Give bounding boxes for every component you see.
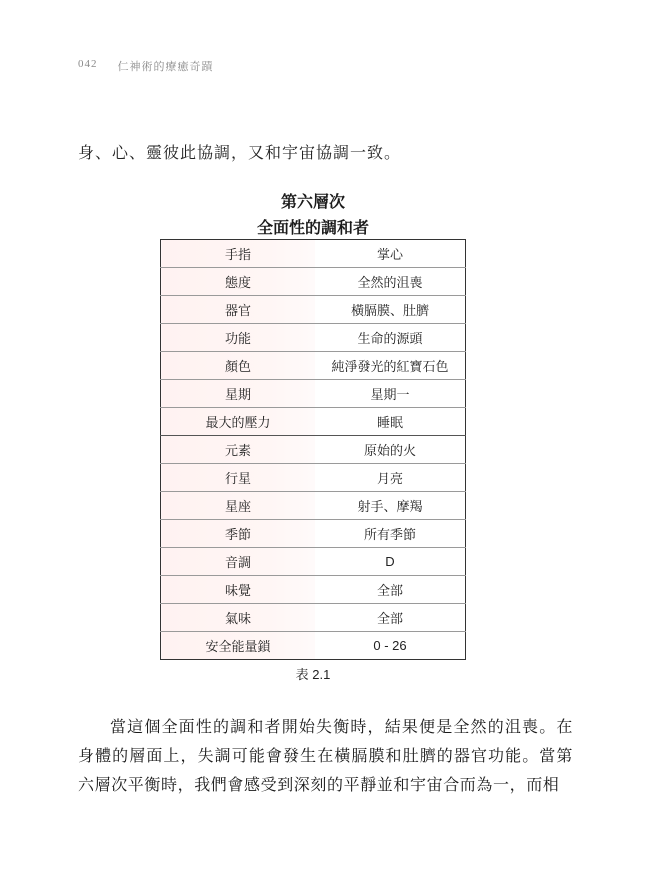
table-row: 態度 全然的沮喪 (161, 268, 466, 296)
row-key: 音調 (161, 548, 316, 576)
row-key: 星期 (161, 380, 316, 408)
attribute-table: 手指 掌心 態度 全然的沮喪 器官 橫膈膜、肚臍 功能 生命的源頭 顏色 純淨發… (160, 239, 466, 660)
row-value: 生命的源頭 (315, 324, 466, 352)
table-row: 氣味 全部 (161, 604, 466, 632)
row-key: 元素 (161, 436, 316, 464)
table-row: 器官 橫膈膜、肚臍 (161, 296, 466, 324)
row-key: 顏色 (161, 352, 316, 380)
page-number: 042 (78, 58, 98, 74)
row-key: 行星 (161, 464, 316, 492)
table-row: 味覺 全部 (161, 576, 466, 604)
row-key: 氣味 (161, 604, 316, 632)
row-value: 掌心 (315, 240, 466, 268)
table-row: 季節 所有季節 (161, 520, 466, 548)
row-value: D (315, 548, 466, 576)
row-value: 全部 (315, 576, 466, 604)
table-row: 手指 掌心 (161, 240, 466, 268)
body-text: 當這個全面性的調和者開始失衡時，結果便是全然的沮喪。在身體的層面上，失調可能會發… (78, 712, 573, 799)
table-row: 行星 月亮 (161, 464, 466, 492)
running-header: 042 仁神術的療癒奇蹟 (78, 58, 214, 74)
intro-text: 身、心、靈彼此協調，又和宇宙協調一致。 (78, 140, 401, 163)
body-paragraph: 當這個全面性的調和者開始失衡時，結果便是全然的沮喪。在身體的層面上，失調可能會發… (78, 712, 573, 799)
row-value: 全部 (315, 604, 466, 632)
row-value: 所有季節 (315, 520, 466, 548)
row-value: 月亮 (315, 464, 466, 492)
row-key: 味覺 (161, 576, 316, 604)
row-value: 純淨發光的紅寶石色 (315, 352, 466, 380)
row-value: 0 - 26 (315, 632, 466, 660)
table-row: 星期 星期一 (161, 380, 466, 408)
row-key: 手指 (161, 240, 316, 268)
row-key: 功能 (161, 324, 316, 352)
table-row: 安全能量鎖 0 - 26 (161, 632, 466, 660)
row-value: 橫膈膜、肚臍 (315, 296, 466, 324)
book-title: 仁神術的療癒奇蹟 (118, 58, 214, 74)
table-row: 功能 生命的源頭 (161, 324, 466, 352)
table-row: 最大的壓力 睡眠 (161, 408, 466, 436)
row-key: 器官 (161, 296, 316, 324)
row-key: 星座 (161, 492, 316, 520)
row-value: 原始的火 (315, 436, 466, 464)
table-title: 第六層次 (160, 189, 466, 212)
table-row: 元素 原始的火 (161, 436, 466, 464)
row-key: 季節 (161, 520, 316, 548)
table-row: 顏色 純淨發光的紅寶石色 (161, 352, 466, 380)
row-key: 最大的壓力 (161, 408, 316, 436)
row-key: 態度 (161, 268, 316, 296)
row-value: 睡眠 (315, 408, 466, 436)
table-row: 星座 射手、摩羯 (161, 492, 466, 520)
table-caption: 表 2.1 (160, 664, 466, 683)
row-key: 安全能量鎖 (161, 632, 316, 660)
row-value: 全然的沮喪 (315, 268, 466, 296)
table-subtitle: 全面性的調和者 (160, 215, 466, 238)
row-value: 射手、摩羯 (315, 492, 466, 520)
table-row: 音調 D (161, 548, 466, 576)
row-value: 星期一 (315, 380, 466, 408)
